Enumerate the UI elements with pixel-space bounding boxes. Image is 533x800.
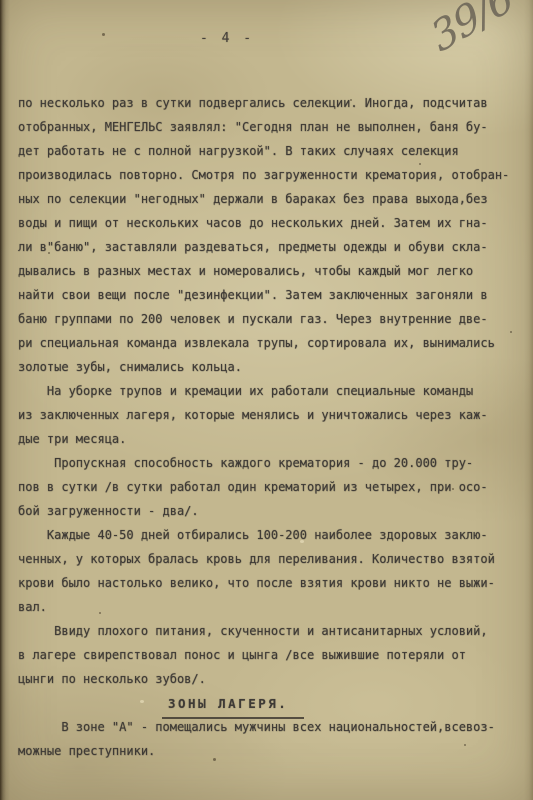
paper-speck — [419, 163, 421, 165]
text-line: ных по селекции "негодных" держали в бар… — [18, 187, 523, 211]
text-line: ри специальная команда извлекала трупы, … — [18, 331, 523, 355]
paper-speck — [452, 488, 454, 490]
text-line: вал. — [18, 595, 523, 619]
text-line: Пропускная способность каждого крематори… — [18, 451, 523, 475]
text-line: найти свои вещи после "дезинфекции". Зат… — [18, 283, 523, 307]
text-line: крови было настолько велико, что после в… — [18, 571, 523, 595]
paper-speck — [48, 252, 50, 254]
text-line: ченных, у которых бралась кровь для пере… — [18, 547, 523, 571]
text-line: можные преступники. — [18, 739, 523, 763]
text-line: ли в"баню", заставляли раздеваться, пред… — [18, 235, 523, 259]
paper-speck — [213, 758, 216, 761]
paper-fleck — [140, 700, 144, 703]
paper-fleck — [300, 540, 304, 543]
text-line: воды и пищи от нескольких часов до неско… — [18, 211, 523, 235]
text-line: по несколько раз в сутки подвергались се… — [18, 91, 523, 115]
text-line: золотые зубы, снимались кольца. — [18, 355, 523, 379]
paper-speck — [464, 744, 466, 746]
paper-speck — [510, 331, 512, 333]
text-line: производилась повторно. Смотря по загруж… — [18, 163, 523, 187]
section-heading-row: ЗОНЫ ЛАГЕРЯ. — [18, 691, 523, 715]
text-line: баню группами по 200 человек и пускали г… — [18, 307, 523, 331]
text-line: дет работать не с полной нагрузкой". В т… — [18, 139, 523, 163]
handwritten-mark: 39/6 — [424, 0, 520, 62]
text-line: Ввиду плохого питания, скученности и ант… — [18, 619, 523, 643]
paper-speck — [350, 99, 352, 101]
document-page: - 4 - 39/6 по несколько раз в сутки подв… — [0, 0, 533, 800]
text-line: дые три месяца. — [18, 427, 523, 451]
text-line: На уборке трупов и кремации их работали … — [18, 379, 523, 403]
paper-speck — [99, 612, 101, 614]
text-line: дывались в разных местах и номеровались,… — [18, 259, 523, 283]
page-number: - 4 - — [200, 31, 254, 46]
text-line: цынги по несколько зубов/. — [18, 667, 523, 691]
text-line: В зоне "А" - помещались мужчины всех нац… — [18, 715, 523, 739]
text-line: отобранных, МЕНГЕЛЬС заявлял: "Сегодня п… — [18, 115, 523, 139]
typewritten-text-block: по несколько раз в сутки подвергались се… — [18, 91, 523, 763]
text-line: в лагере свирепствовал понос и цынга /вс… — [18, 643, 523, 667]
text-line: бой загруженности - два/. — [18, 499, 523, 523]
text-line: пов в сутки /в сутки работал один кремат… — [18, 475, 523, 499]
paper-speck — [102, 33, 105, 36]
text-line: Каждые 40-50 дней отбирались 100-200 наи… — [18, 523, 523, 547]
text-line: из заключенных лагеря, которые менялись … — [18, 403, 523, 427]
